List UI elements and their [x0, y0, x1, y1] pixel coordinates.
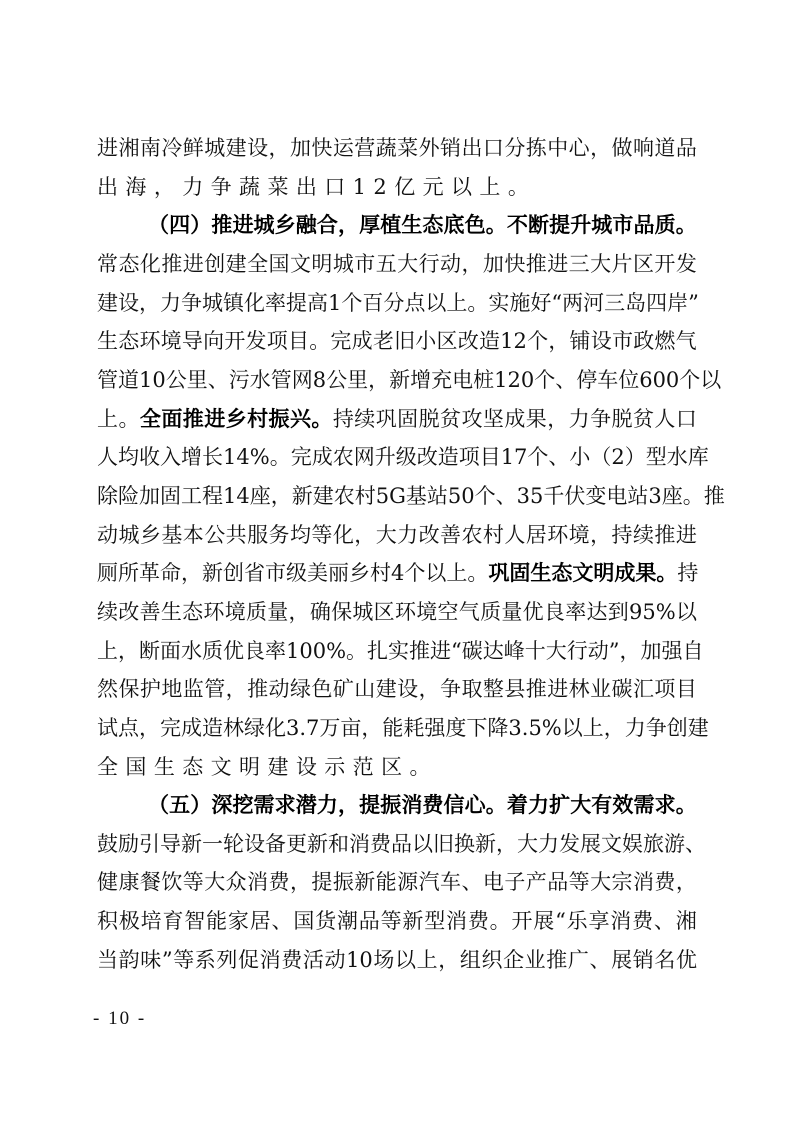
text-glyph: 进: [547, 245, 568, 284]
text-glyph: 项: [267, 322, 288, 361]
text-glyph: ，: [139, 284, 160, 323]
text-glyph: 环: [139, 322, 160, 361]
text-glyph: 新: [292, 477, 313, 516]
text-glyph: 全: [247, 245, 268, 284]
text-glyph: 场: [373, 941, 394, 980]
text-glyph: 革: [139, 554, 160, 593]
text-glyph: 子: [504, 863, 525, 902]
text-glyph: 发: [559, 825, 580, 864]
paragraph-line: 建设，力争城镇化率提高1个百分点以上。实施好“两河三岛四岸”: [97, 284, 697, 323]
text-glyph: 量: [501, 593, 522, 632]
text-glyph: 空: [438, 593, 459, 632]
paragraph-line: 健康餐饮等大众消费，提振新能源汽车、电子产品等大宗消费，: [97, 863, 697, 902]
text-glyph: 家: [228, 902, 249, 941]
text-glyph: 区: [374, 593, 395, 632]
text-glyph: 个: [341, 284, 362, 323]
text-glyph: 分: [504, 129, 525, 168]
text-glyph: 娱: [622, 825, 643, 864]
emphasis-glyph: 进: [204, 400, 225, 439]
text-glyph: 推: [247, 670, 268, 709]
text-glyph: 50: [448, 477, 475, 516]
text-glyph: 。: [490, 902, 511, 941]
text-glyph: 地: [161, 670, 182, 709]
text-glyph: 力: [397, 516, 418, 555]
text-glyph: 建: [313, 477, 334, 516]
text-glyph: 气: [676, 322, 697, 361]
text-glyph: 伏: [564, 477, 585, 516]
text-glyph: 公: [204, 516, 225, 555]
text-glyph: 车: [597, 361, 618, 400]
text-glyph: 改: [417, 438, 438, 477]
text-glyph: 大: [397, 245, 418, 284]
text-glyph: 水: [250, 361, 271, 400]
text-glyph: 岛: [625, 284, 646, 323]
text-glyph: 3.5%: [508, 709, 561, 748]
text-glyph: 等: [381, 902, 402, 941]
text-glyph: 进: [183, 245, 204, 284]
text-glyph: 、: [548, 438, 569, 477]
paragraph-line: 然保护地监管，推动绿色矿山建设，争取整县推进林业碳汇项目: [97, 670, 697, 709]
text-glyph: 众: [226, 863, 247, 902]
text-glyph: 岸: [667, 284, 688, 323]
text-glyph: 销: [633, 941, 654, 980]
text-glyph: 力: [182, 168, 210, 207]
emphasis-glyph: 推: [183, 400, 204, 439]
text-glyph: 强: [424, 709, 445, 748]
text-glyph: 中: [547, 129, 568, 168]
text-glyph: 入: [160, 438, 181, 477]
text-glyph: 固: [397, 400, 418, 439]
text-glyph: 。: [309, 322, 330, 361]
text-glyph: 游: [664, 825, 685, 864]
text-glyph: 率: [565, 593, 586, 632]
text-glyph: 管: [97, 361, 118, 400]
text-glyph: 湘: [118, 129, 139, 168]
text-glyph: 进: [676, 516, 697, 555]
text-glyph: 康: [118, 863, 139, 902]
text-glyph: 三: [604, 284, 625, 323]
text-glyph: 以: [562, 709, 583, 748]
emphasis-glyph: 固: [509, 554, 530, 593]
text-glyph: 级: [286, 554, 307, 593]
emphasis-glyph: 。: [486, 206, 507, 245]
text-glyph: 导: [160, 825, 181, 864]
text-glyph: 片: [612, 245, 633, 284]
emphasis-glyph: 求: [275, 786, 296, 825]
text-glyph: 环: [395, 593, 416, 632]
text-glyph: 贫: [633, 400, 654, 439]
text-glyph: 推: [409, 632, 430, 671]
emphasis-glyph: 色: [465, 206, 486, 245]
text-glyph: 费: [269, 863, 290, 902]
paragraph-line: 常态化推进创建全国文明城市五大行动，加快推进三大片区开发: [97, 245, 697, 284]
text-glyph: 新: [202, 554, 223, 593]
text-glyph: 销: [440, 129, 461, 168]
emphasis-glyph: 断: [528, 206, 549, 245]
text-glyph: 餐: [140, 863, 161, 902]
text-glyph: 争: [440, 670, 461, 709]
text-glyph: 消: [349, 825, 370, 864]
emphasis-glyph: 提: [359, 786, 380, 825]
emphasis-glyph: 态: [422, 206, 443, 245]
text-glyph: 确: [310, 593, 331, 632]
text-glyph: 到: [608, 593, 629, 632]
text-glyph: 化: [333, 516, 354, 555]
text-glyph: 险: [118, 477, 139, 516]
text-glyph: ”: [609, 632, 620, 671]
text-glyph: 常: [97, 245, 118, 284]
text-glyph: 自: [683, 632, 704, 671]
text-glyph: 备: [265, 825, 286, 864]
text-glyph: 项: [459, 438, 480, 477]
emphasis-glyph: 。: [311, 400, 332, 439]
text-glyph: 造: [202, 709, 223, 748]
text-glyph: 上: [446, 554, 467, 593]
text-glyph: 县: [504, 670, 525, 709]
text-glyph: 造: [479, 322, 500, 361]
text-glyph: 出: [296, 168, 324, 207]
text-glyph: 、: [685, 825, 706, 864]
text-glyph: 新: [389, 361, 410, 400]
text-glyph: “: [451, 632, 462, 671]
text-glyph: 积: [97, 902, 118, 941]
text-glyph: 开: [511, 902, 532, 941]
emphasis-glyph: 信: [444, 786, 465, 825]
text-glyph: 力: [160, 284, 181, 323]
emphasis-glyph: 态: [551, 554, 572, 593]
text-glyph: 口: [324, 168, 352, 207]
text-glyph: ，: [590, 516, 611, 555]
text-glyph: ，: [290, 863, 311, 902]
text-glyph: ，: [368, 361, 389, 400]
emphasis-glyph: 融: [296, 206, 317, 245]
text-glyph: 目: [288, 322, 309, 361]
text-glyph: 境: [161, 322, 182, 361]
text-glyph: 均: [290, 516, 311, 555]
text-glyph: 断: [139, 632, 160, 671]
text-glyph: 发: [676, 245, 697, 284]
text-glyph: “: [551, 284, 562, 323]
text-glyph: ，: [118, 632, 139, 671]
text-glyph: 村: [483, 516, 504, 555]
text-glyph: 善: [140, 593, 161, 632]
emphasis-glyph: 需: [634, 786, 655, 825]
text-glyph: 质: [246, 593, 267, 632]
text-glyph: 出: [97, 168, 125, 207]
text-glyph: 争: [181, 284, 202, 323]
text-glyph: 网: [354, 438, 375, 477]
text-glyph: 系: [195, 941, 216, 980]
emphasis-glyph: 不: [507, 206, 528, 245]
text-glyph: 拣: [526, 129, 547, 168]
text-glyph: 心: [569, 129, 590, 168]
text-glyph: ，: [154, 168, 182, 207]
text-glyph: 以: [412, 825, 433, 864]
text-glyph: 生: [161, 593, 182, 632]
text-glyph: 上: [446, 284, 467, 323]
text-glyph: 区: [381, 748, 409, 787]
text-glyph: 城: [118, 516, 139, 555]
text-glyph: 旧: [433, 825, 454, 864]
emphasis-glyph: 面: [161, 400, 182, 439]
text-glyph: 加: [139, 477, 160, 516]
text-glyph: 力: [569, 400, 590, 439]
text-glyph: 人: [97, 438, 118, 477]
emphasis-glyph: ）: [190, 786, 211, 825]
text-glyph: 丽: [328, 554, 349, 593]
text-glyph: 本: [183, 516, 204, 555]
text-glyph: 蔬: [239, 168, 267, 207]
text-glyph: 动: [588, 632, 609, 671]
text-glyph: 下: [466, 709, 487, 748]
text-glyph: 10: [346, 941, 373, 980]
text-glyph: 设: [296, 748, 324, 787]
emphasis-glyph: 巩: [488, 554, 509, 593]
emphasis-glyph: 有: [591, 786, 612, 825]
document-body: 进湘南冷鲜城建设，加快运营蔬菜外销出口分拣中心，做响道品出海，力争蔬菜出口12亿…: [97, 129, 697, 979]
text-glyph: 铺: [570, 322, 591, 361]
paragraph-line: 全国生态文明建设示范区。: [97, 748, 697, 787]
emphasis-glyph: ，: [338, 206, 359, 245]
text-glyph: ，: [354, 516, 375, 555]
text-glyph: ，: [496, 825, 517, 864]
text-glyph: 全: [97, 748, 125, 787]
text-glyph: 桩: [473, 361, 494, 400]
paragraph-line: 鼓励引导新一轮设备更新和消费品以旧换新，大力发展文娱旅游、: [97, 825, 697, 864]
text-glyph: 个: [404, 554, 425, 593]
text-glyph: 名: [654, 941, 675, 980]
text-glyph: ”: [688, 284, 699, 323]
text-glyph: 网: [292, 361, 313, 400]
text-glyph: 上: [97, 632, 118, 671]
text-glyph: 区: [633, 245, 654, 284]
text-glyph: 坚: [483, 400, 504, 439]
text-glyph: 两: [562, 284, 583, 323]
text-glyph: 宗: [612, 863, 633, 902]
text-glyph: 活: [303, 941, 324, 980]
text-glyph: ）: [625, 438, 646, 477]
text-glyph: 电: [452, 361, 473, 400]
text-glyph: 改: [419, 516, 440, 555]
text-glyph: 公: [166, 361, 187, 400]
text-glyph: 35: [517, 477, 544, 516]
text-glyph: 工: [181, 477, 202, 516]
text-glyph: 费: [632, 902, 653, 941]
text-glyph: 大: [590, 863, 611, 902]
text-glyph: 争: [590, 400, 611, 439]
text-glyph: 监: [183, 670, 204, 709]
text-glyph: 厕: [97, 554, 118, 593]
text-glyph: 管: [271, 361, 292, 400]
text-glyph: 水: [667, 438, 688, 477]
text-glyph: 菜: [267, 168, 295, 207]
text-glyph: 站: [627, 477, 648, 516]
text-glyph: 项: [654, 670, 675, 709]
text-glyph: 农: [334, 477, 355, 516]
text-glyph: 消: [633, 863, 654, 902]
text-glyph: 收: [139, 438, 160, 477]
text-glyph: 大: [376, 516, 397, 555]
text-glyph: 城: [204, 129, 225, 168]
text-glyph: 极: [119, 902, 140, 941]
text-glyph: 引: [139, 825, 160, 864]
text-glyph: 建: [267, 748, 295, 787]
text-glyph: 味: [140, 941, 161, 980]
text-glyph: 一: [202, 825, 223, 864]
text-glyph: 人: [504, 516, 525, 555]
text-glyph: 向: [203, 322, 224, 361]
text-glyph: 14%: [223, 438, 270, 477]
text-glyph: 明: [311, 245, 332, 284]
text-glyph: 千: [543, 477, 564, 516]
text-glyph: 营: [354, 129, 375, 168]
text-glyph: 座: [250, 477, 271, 516]
text-glyph: 保: [331, 593, 352, 632]
emphasis-glyph: 品: [634, 206, 655, 245]
text-glyph: 矿: [333, 670, 354, 709]
text-glyph: 600: [639, 361, 679, 400]
text-glyph: 做: [612, 129, 633, 168]
text-glyph: 人: [654, 400, 675, 439]
text-glyph: 百: [362, 284, 383, 323]
text-glyph: 林: [569, 670, 590, 709]
text-glyph: 四: [646, 284, 667, 323]
text-glyph: 消: [260, 941, 281, 980]
text-glyph: 攻: [461, 400, 482, 439]
text-glyph: 电: [606, 477, 627, 516]
text-glyph: 完: [160, 709, 181, 748]
text-glyph: 成: [312, 438, 333, 477]
text-glyph: 振: [333, 863, 354, 902]
text-glyph: 培: [141, 902, 162, 941]
text-glyph: 动: [324, 941, 345, 980]
text-glyph: 汇: [633, 670, 654, 709]
text-glyph: 开: [654, 245, 675, 284]
text-glyph: 蔬: [376, 129, 397, 168]
text-glyph: 设: [118, 284, 139, 323]
text-glyph: ，: [139, 709, 160, 748]
text-glyph: 推: [654, 516, 675, 555]
emphasis-glyph: （: [148, 206, 169, 245]
emphasis-glyph: 乡: [275, 206, 296, 245]
text-glyph: ，: [676, 863, 697, 902]
emphasis-glyph: 推: [211, 206, 232, 245]
text-glyph: 里: [187, 361, 208, 400]
text-glyph: 和: [328, 825, 349, 864]
emphasis-glyph: 厚: [359, 206, 380, 245]
text-glyph: 外: [419, 129, 440, 168]
text-glyph: 老: [373, 322, 394, 361]
emphasis-glyph: 。: [486, 786, 507, 825]
text-glyph: 8: [313, 361, 326, 400]
emphasis-glyph: 底: [444, 206, 465, 245]
text-glyph: 面: [160, 632, 181, 671]
text-glyph: 口: [676, 400, 697, 439]
emphasis-glyph: 振: [380, 786, 401, 825]
text-glyph: ，: [269, 129, 290, 168]
text-glyph: 设: [397, 670, 418, 709]
text-glyph: 生: [97, 322, 118, 361]
emphasis-glyph: 。: [676, 206, 697, 245]
text-glyph: 文: [290, 245, 311, 284]
text-glyph: 3: [648, 477, 661, 516]
text-glyph: 共: [226, 516, 247, 555]
text-glyph: 然: [97, 670, 118, 709]
text-glyph: 持: [677, 554, 698, 593]
text-glyph: 强: [662, 632, 683, 671]
text-glyph: 展: [611, 941, 632, 980]
emphasis-glyph: 升: [570, 206, 591, 245]
paragraph-line: 出海，力争蔬菜出口12亿元以上。: [97, 168, 697, 207]
text-glyph: 加: [290, 129, 311, 168]
text-glyph: 里: [347, 361, 368, 400]
text-glyph: 品: [676, 129, 697, 168]
text-glyph: 、: [208, 361, 229, 400]
text-glyph: 达: [483, 632, 504, 671]
text-glyph: 范: [353, 748, 381, 787]
text-glyph: 快: [504, 245, 525, 284]
text-glyph: 享: [588, 902, 609, 941]
emphasis-glyph: 市: [612, 206, 633, 245]
text-glyph: 运: [333, 129, 354, 168]
text-glyph: 山: [354, 670, 375, 709]
text-glyph: 广: [568, 941, 589, 980]
text-glyph: 。: [346, 632, 367, 671]
text-glyph: 环: [547, 516, 568, 555]
text-glyph: 加: [641, 632, 662, 671]
emphasis-glyph: 求: [655, 786, 676, 825]
emphasis-glyph: 合: [317, 206, 338, 245]
text-glyph: 小: [415, 322, 436, 361]
emphasis-glyph: 潜: [296, 786, 317, 825]
text-glyph: 旧: [394, 322, 415, 361]
text-glyph: 万: [319, 709, 340, 748]
emphasis-glyph: 植: [380, 206, 401, 245]
text-glyph: 境: [416, 593, 437, 632]
text-glyph: 创: [204, 245, 225, 284]
text-glyph: 以: [451, 168, 479, 207]
text-glyph: 育: [162, 902, 183, 941]
text-glyph: 国: [269, 245, 290, 284]
text-glyph: 95%: [629, 593, 676, 632]
text-glyph: 上: [97, 400, 118, 439]
text-glyph: 建: [97, 284, 118, 323]
text-glyph: 产: [526, 863, 547, 902]
text-glyph: 消: [446, 902, 467, 941]
text-glyph: 旅: [643, 825, 664, 864]
text-glyph: 争: [211, 168, 239, 207]
text-glyph: 亩: [340, 709, 361, 748]
emphasis-glyph: 振: [269, 400, 290, 439]
text-glyph: 实: [388, 632, 409, 671]
text-glyph: 品: [547, 863, 568, 902]
text-glyph: 达: [586, 593, 607, 632]
text-glyph: 成: [352, 322, 373, 361]
text-glyph: 试: [97, 709, 118, 748]
text-glyph: 业: [590, 670, 611, 709]
text-glyph: 车: [440, 863, 461, 902]
text-glyph: 。: [508, 168, 536, 207]
paragraph-line: 试点，完成造林绿化3.7万亩，能耗强度下降3.5%以上，力争创建: [97, 709, 697, 748]
text-glyph: 。: [118, 400, 139, 439]
text-glyph: 高: [307, 284, 328, 323]
text-glyph: 座: [662, 477, 683, 516]
text-glyph: 元: [423, 168, 451, 207]
text-glyph: 善: [440, 516, 461, 555]
text-glyph: 变: [585, 477, 606, 516]
emphasis-glyph: 四: [169, 206, 190, 245]
emphasis-glyph: 城: [254, 206, 275, 245]
